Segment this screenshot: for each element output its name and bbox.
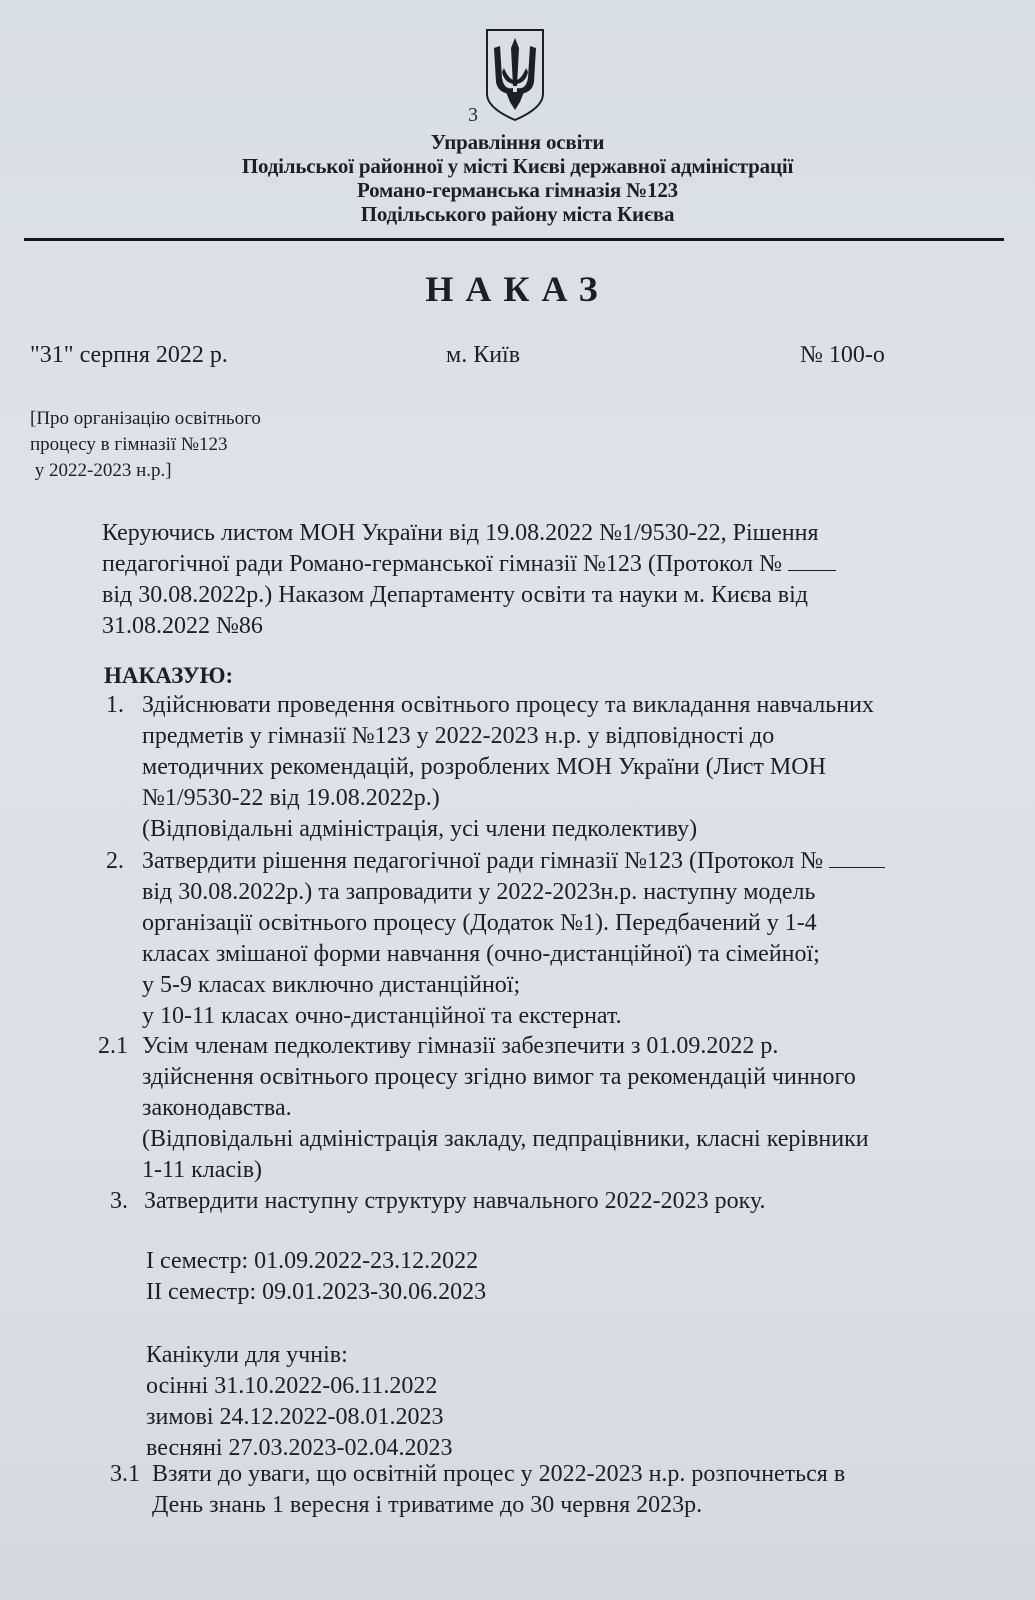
subject-line: [Про організацію освітнього bbox=[30, 406, 261, 432]
item-line: методичних рекомендацій, розроблених МОН… bbox=[142, 752, 874, 783]
item-line-text: Затвердити рішення педагогічної ради гім… bbox=[142, 848, 829, 874]
item-number: 1. bbox=[106, 690, 124, 721]
item-line: Здійснювати проведення освітнього процес… bbox=[142, 690, 874, 721]
item-line: у 10-11 класах очно-дистанційної та екст… bbox=[142, 1001, 885, 1032]
item-line: від 30.08.2022р.) та запровадити у 2022-… bbox=[142, 877, 885, 908]
ukraine-trident-emblem-icon bbox=[484, 28, 546, 122]
item-line: №1/9530-22 від 19.08.2022р.) bbox=[142, 783, 874, 814]
item-line: (Відповідальні адміністрація закладу, пе… bbox=[142, 1124, 869, 1155]
item-line: Затвердити наступну структуру навчальног… bbox=[144, 1186, 766, 1217]
preamble-line: 31.08.2022 №86 bbox=[102, 611, 982, 642]
subject-line: у 2022-2023 н.р.] bbox=[30, 458, 261, 484]
order-subject: [Про організацію освітньогопроцесу в гім… bbox=[30, 406, 261, 484]
letterhead-divider bbox=[24, 238, 1004, 241]
holiday-line: осінні 31.10.2022-06.11.2022 bbox=[146, 1371, 452, 1402]
item-line: Взяти до уваги, що освітній процес у 202… bbox=[152, 1459, 845, 1490]
item-number: 2. bbox=[106, 846, 124, 877]
preamble-line: Керуючись листом МОН України від 19.08.2… bbox=[102, 518, 982, 549]
item-number: 2.1 bbox=[98, 1031, 128, 1062]
letterhead-line: Романо-германська гімназія №123 bbox=[0, 178, 1035, 202]
preamble-line: педагогічної ради Романо-германської гім… bbox=[102, 549, 982, 580]
document-page: 3 Управління освіти Подільської районної… bbox=[0, 0, 1035, 1600]
item-line: (Відповідальні адміністрація, усі члени … bbox=[142, 814, 874, 845]
item-text: Усім членам педколективу гімназії забезп… bbox=[142, 1031, 869, 1186]
preamble: Керуючись листом МОН України від 19.08.2… bbox=[102, 518, 982, 642]
semester-schedule: I семестр: 01.09.2022-23.12.2022 II семе… bbox=[146, 1246, 486, 1308]
item-line: здійснення освітнього процесу згідно вим… bbox=[142, 1062, 869, 1093]
item-line: Затвердити рішення педагогічної ради гім… bbox=[142, 846, 885, 877]
holiday-line: зимові 24.12.2022-08.01.2023 bbox=[146, 1402, 452, 1433]
holidays-heading: Канікули для учнів: bbox=[146, 1340, 452, 1371]
preamble-line-text: педагогічної ради Романо-германської гім… bbox=[102, 551, 788, 577]
letterhead-line: Подільського району міста Києва bbox=[0, 202, 1035, 226]
preamble-line: від 30.08.2022р.) Наказом Департаменту о… bbox=[102, 580, 982, 611]
order-number: № 100-о bbox=[800, 342, 885, 369]
letterhead-line: Управління освіти bbox=[0, 130, 1035, 154]
order-date: "31" серпня 2022 р. bbox=[30, 342, 228, 369]
subject-line: процесу в гімназії №123 bbox=[30, 432, 261, 458]
item-line: предметів у гімназії №123 у 2022-2023 н.… bbox=[142, 721, 874, 752]
item-text: Здійснювати проведення освітнього процес… bbox=[142, 690, 874, 845]
document-title: НАКАЗ bbox=[0, 268, 1035, 310]
letterhead-line: Подільської районної у місті Києві держа… bbox=[0, 154, 1035, 178]
item-text: Взяти до уваги, що освітній процес у 202… bbox=[152, 1459, 845, 1521]
item-line: 1-11 класів) bbox=[142, 1155, 869, 1186]
holiday-schedule: Канікули для учнів: осінні 31.10.2022-06… bbox=[146, 1340, 452, 1464]
semester-line: I семестр: 01.09.2022-23.12.2022 bbox=[146, 1246, 486, 1277]
item-text: Затвердити наступну структуру навчальног… bbox=[144, 1186, 766, 1217]
order-heading: НАКАЗУЮ: bbox=[104, 663, 233, 689]
protocol-number-blank bbox=[788, 550, 836, 571]
item-text: Затвердити рішення педагогічної ради гім… bbox=[142, 846, 885, 1032]
letterhead: Управління освіти Подільської районної у… bbox=[0, 130, 1035, 226]
item-line: Усім членам педколективу гімназії забезп… bbox=[142, 1031, 869, 1062]
item-line: організації освітнього процесу (Додаток … bbox=[142, 908, 885, 939]
item-line: класах змішаної форми навчання (очно-дис… bbox=[142, 939, 885, 970]
page-number: 3 bbox=[468, 104, 478, 127]
item-line: у 5-9 класах виключно дистанційної; bbox=[142, 970, 885, 1001]
item-number: 3. bbox=[110, 1186, 128, 1217]
protocol-number-blank bbox=[829, 847, 885, 868]
item-line: законодавства. bbox=[142, 1093, 869, 1124]
semester-line: II семестр: 09.01.2023-30.06.2023 bbox=[146, 1277, 486, 1308]
item-line: День знань 1 вересня і триватиме до 30 ч… bbox=[152, 1490, 845, 1521]
item-number: 3.1 bbox=[110, 1459, 140, 1490]
order-city: м. Київ bbox=[446, 342, 520, 369]
